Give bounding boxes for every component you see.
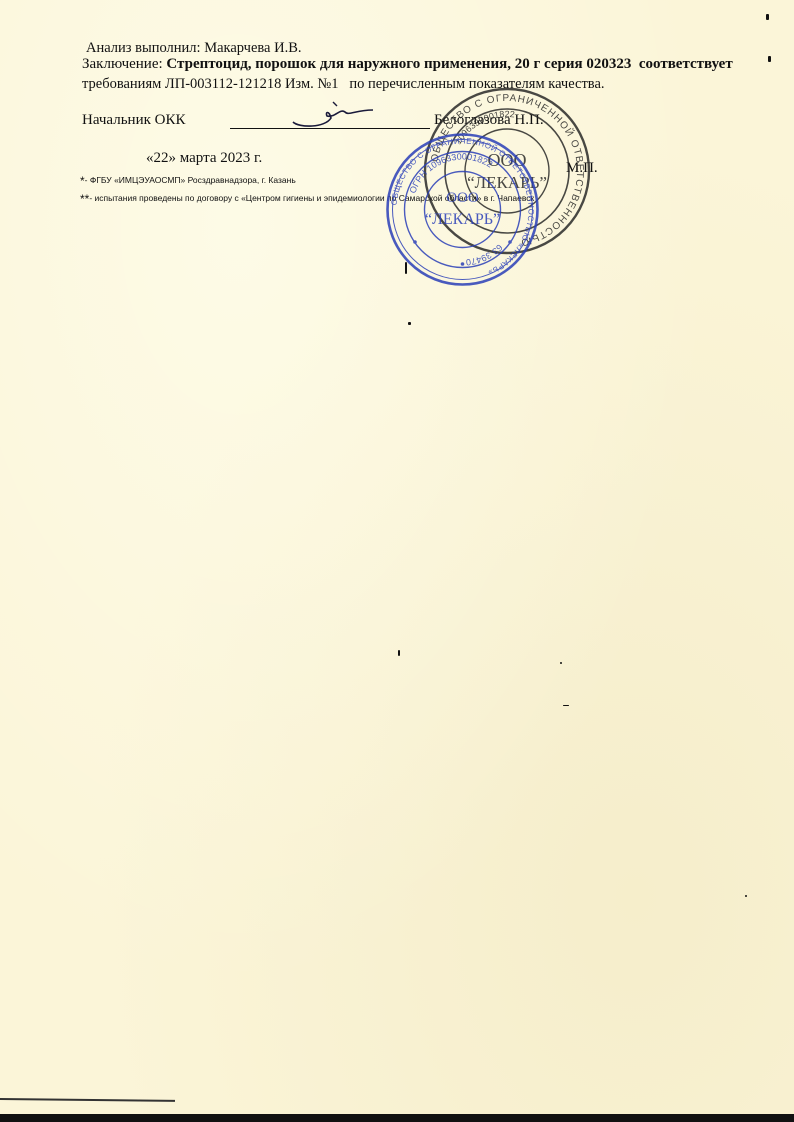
- footnote-2-mark: **: [80, 192, 89, 206]
- blue-stamp-center-top: ООО: [446, 190, 479, 206]
- blue-stamp-center-main: “ЛЕКАРЬ”: [425, 211, 500, 228]
- analyst-line: Анализ выполнил: Макарчева И.В.: [86, 40, 302, 57]
- scan-speck: [560, 662, 562, 664]
- head-title: Начальник ОКК: [82, 112, 185, 129]
- scan-speck: [745, 895, 747, 897]
- signature-scribble: [285, 98, 375, 128]
- signature-line: [230, 128, 430, 129]
- scan-speck: [768, 56, 771, 62]
- blue-company-stamp: ОБЩЕСТВО С ОГРАНИЧЕННОЙ ОТВЕТСТВЕННОСТЬЮ…: [385, 132, 540, 287]
- scan-speck: [563, 705, 569, 706]
- scan-speck: [398, 650, 400, 656]
- scan-speck: [766, 14, 769, 20]
- scan-speck: [408, 322, 411, 325]
- conclusion-verb: соответствует: [631, 56, 732, 72]
- conclusion-line: Заключение: Стрептоцид, порошок для нару…: [82, 56, 733, 73]
- footnote-1: *- ФГБУ «ИМЦЭУАОСМП» Росздравнадзора, г.…: [80, 174, 296, 188]
- conclusion-product: Стрептоцид, порошок для наружного примен…: [166, 56, 631, 72]
- scan-speck: [405, 262, 407, 274]
- date-line: «22» марта 2023 г.: [146, 150, 262, 167]
- footnote-1-text: - ФГБУ «ИМЦЭУАОСМП» Росздравнадзора, г. …: [85, 175, 296, 185]
- conclusion-label: Заключение:: [82, 56, 166, 72]
- scan-bottom-edge: [0, 1114, 794, 1122]
